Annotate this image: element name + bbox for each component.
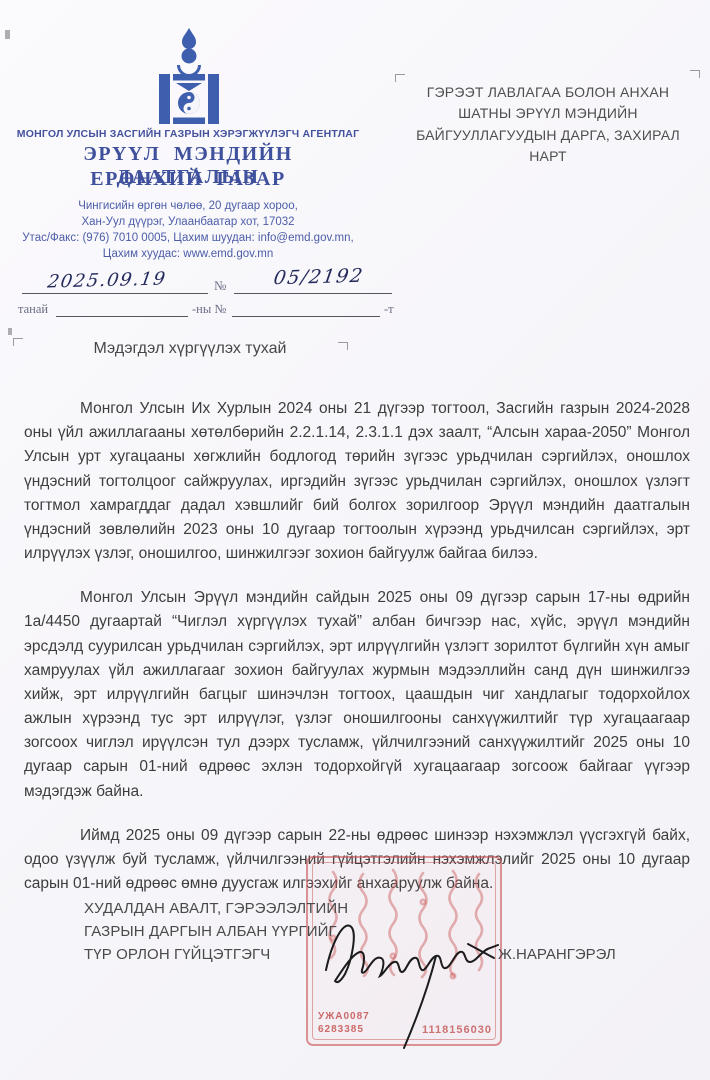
letter-body: Монгол Улсын Их Хурлын 2024 оны 21 дүгээ… (24, 397, 690, 916)
scanned-letter-page: МОНГОЛ УЛСЫН ЗАСГИЙН ГАЗРЫН ХЭРЭГЖҮҮЛЭГЧ… (0, 0, 710, 1080)
org-name-line2: ЕРӨНХИЙ ГАЗАР (8, 168, 368, 191)
subject-line: Мэдэгдэл хүргүүлэх тухай (70, 340, 310, 358)
org-address: Чингисийн өргөн чөлөө, 20 дугаар хороо, … (4, 198, 372, 262)
fold-mark-subject-left (13, 338, 23, 346)
address-line: Цахим хуудас: www.emd.gov.mn (4, 246, 372, 262)
handwritten-doc-number: 05/2192 (272, 265, 365, 289)
fold-mark-subject-right (338, 342, 348, 350)
agency-name: МОНГОЛ УЛСЫН ЗАСГИЙН ГАЗРЫН ХЭРЭГЖҮҮЛЭГЧ… (8, 128, 368, 140)
number-symbol: № (214, 278, 226, 294)
your-ref-number-label: -ны № (192, 302, 226, 317)
body-paragraph-1: Монгол Улсын Их Хурлын 2024 оны 21 дүгээ… (24, 397, 690, 566)
fold-mark-top-right (690, 70, 700, 78)
recipient-line: БАЙГУУЛЛАГУУДЫН ДАРГА, ЗАХИРАЛ (398, 125, 698, 146)
your-ref-underline (56, 316, 188, 317)
scan-speck (5, 30, 10, 39)
your-ref-label: танай (18, 302, 48, 317)
your-ref-suffix: -т (384, 302, 394, 317)
address-line: Хан-Уул дүүрэг, Улаанбаатар хот, 17032 (4, 214, 372, 230)
doc-number-underline (234, 293, 392, 294)
handwritten-date: 2025.09.19 (46, 268, 168, 292)
body-paragraph-2: Монгол Улсын Эрүүл мэндийн сайдын 2025 о… (24, 586, 690, 804)
fold-mark-top-left (395, 74, 405, 82)
signature-scrawl-icon (318, 898, 518, 1063)
recipient-line: ШАТНЫ ЭРҮҮЛ МЭНДИЙН (398, 103, 698, 124)
recipient-block: ГЭРЭЭТ ЛАВЛАГАА БОЛОН АНХАН ШАТНЫ ЭРҮҮЛ … (398, 82, 698, 167)
address-line: Чингисийн өргөн чөлөө, 20 дугаар хороо, (4, 198, 372, 214)
address-line: Утас/Факс: (976) 7010 0005, Цахим шуудан… (4, 230, 372, 246)
recipient-line: ГЭРЭЭТ ЛАВЛАГАА БОЛОН АНХАН (398, 82, 698, 103)
date-underline (22, 293, 208, 294)
soyombo-emblem-icon (152, 26, 226, 132)
recipient-line: НАРТ (398, 146, 698, 167)
your-ref-number-underline (232, 316, 380, 317)
scan-speck (8, 328, 12, 335)
